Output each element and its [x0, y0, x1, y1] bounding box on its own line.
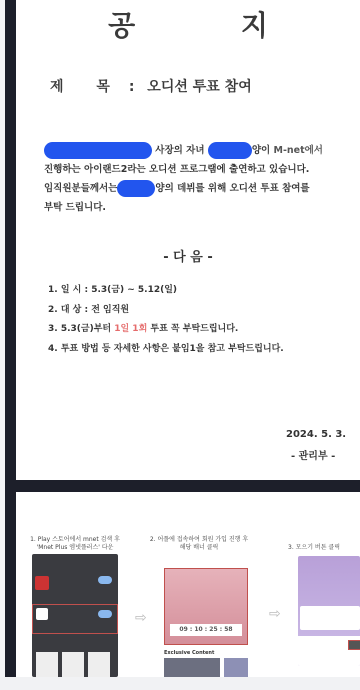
- subject-separator: :: [129, 79, 135, 95]
- step-3-caption: 3. 모으기 버튼 클릭: [288, 544, 360, 552]
- arrow-icon: ⇨: [135, 610, 147, 626]
- body-line-4: 부탁 드립니다.: [44, 198, 354, 217]
- subject-value: 오디션 투표 참여: [147, 79, 251, 95]
- redaction-mark: [117, 180, 155, 197]
- countdown-timer: 09 : 10 : 25 : 58: [170, 624, 242, 636]
- notice-document: 공 지 제 목 : 오디션 투표 참여 사장의 자녀 양이 M-net에서 진행…: [16, 0, 360, 480]
- exclusive-content-label: Exclusive Content: [164, 650, 214, 656]
- notice-title: 공 지: [16, 4, 360, 44]
- list-item: 1. 일 시 : 5.3(금) ~ 5.12(일): [48, 281, 284, 301]
- arrow-icon: ⇨: [269, 606, 281, 622]
- notice-date: 2024. 5. 3.: [286, 429, 346, 440]
- highlight-text: 1일 1회: [114, 324, 147, 334]
- bottom-bar: [0, 677, 360, 690]
- body-line-1: 사장의 자녀 양이 M-net에서: [44, 141, 354, 160]
- left-frame-bar: [5, 0, 16, 677]
- body-line-3: 임직원분들께서는양의 데뷔를 위해 오디션 투표 참여를: [44, 179, 354, 198]
- list-item: 4. 투표 방법 등 자세한 사항은 붙임1을 참고 부탁드립니다.: [48, 340, 284, 360]
- details-list: 1. 일 시 : 5.3(금) ~ 5.12(일) 2. 대 상 : 전 임직원…: [48, 281, 284, 359]
- details-heading: - 다 음 -: [16, 246, 360, 265]
- notice-subject: 제 목 : 오디션 투표 참여: [50, 76, 252, 96]
- redaction-mark: [208, 142, 252, 159]
- section-divider: [16, 480, 360, 492]
- voting-guide-image: 1. Play 스토어에서 mnet 검색 후 'Mnet Plus 엠넷플러스…: [16, 492, 360, 677]
- step-1-caption: 1. Play 스토어에서 mnet 검색 후 'Mnet Plus 엠넷플러스…: [20, 536, 130, 552]
- app-icon-mnetplus: [36, 608, 48, 620]
- step-2-screenshot: 09 : 10 : 25 : 58 Exclusive Content: [162, 554, 250, 677]
- notice-body: 사장의 자녀 양이 M-net에서 진행하는 아이랜드2라는 오디션 프로그램에…: [44, 141, 354, 217]
- list-item: 2. 대 상 : 전 임직원: [48, 301, 284, 321]
- step-1-screenshot: [32, 554, 118, 677]
- redaction-mark: [44, 142, 152, 159]
- install-button: [98, 576, 112, 584]
- body-line-2: 진행하는 아이랜드2라는 오디션 프로그램에 출연하고 있습니다.: [44, 160, 354, 179]
- list-item: 3. 5.3(금)부터 1일 1회 투표 꼭 부탁드립니다.: [48, 320, 284, 340]
- step-3-screenshot: [298, 556, 360, 666]
- subject-label: 제 목: [50, 79, 124, 95]
- install-button: [98, 610, 112, 618]
- notice-department: - 관리부 -: [291, 447, 335, 462]
- app-icon-tving: [35, 576, 49, 590]
- collect-button-highlight: [348, 640, 360, 650]
- step-2-caption: 2. 어플에 접속하여 회원 가입 진행 후 해당 배너 클릭: [144, 536, 254, 552]
